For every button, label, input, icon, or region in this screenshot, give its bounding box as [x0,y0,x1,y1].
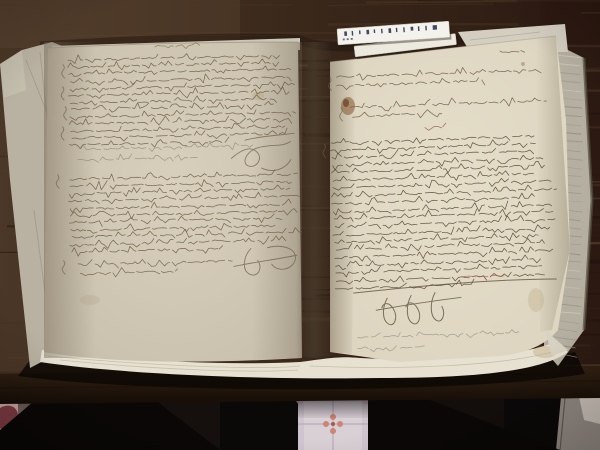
photo-stage [0,0,600,450]
vignette [0,0,600,450]
